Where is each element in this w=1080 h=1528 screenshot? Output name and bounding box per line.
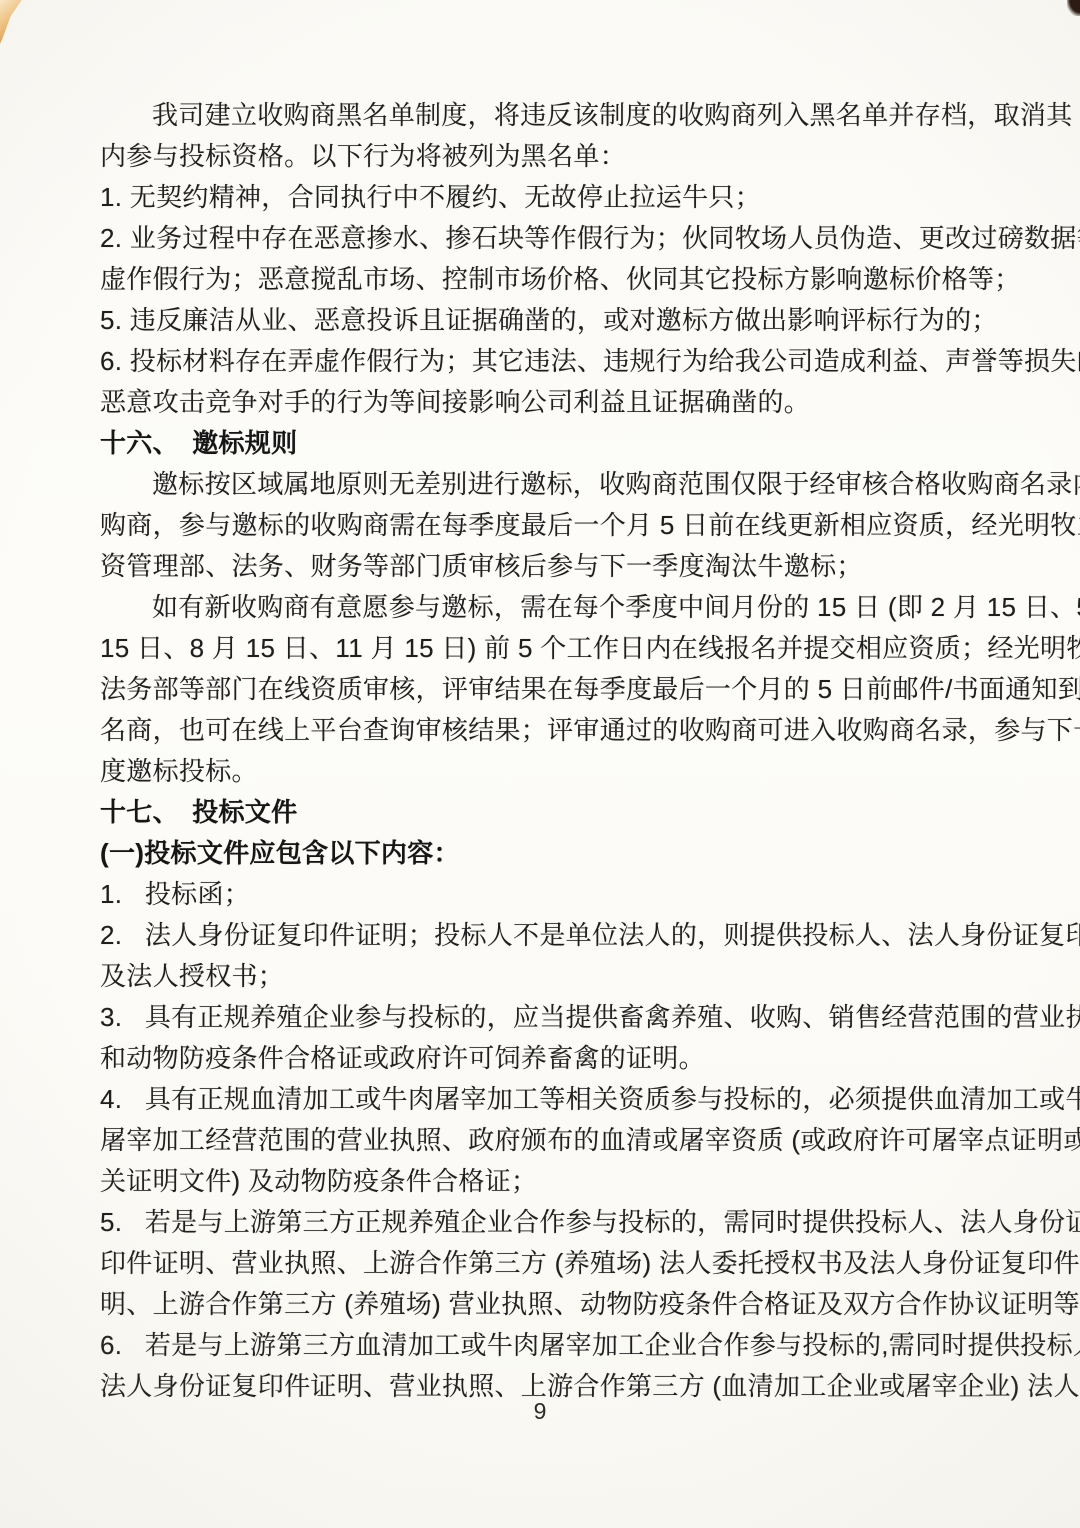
section-heading: 十六、 邀标规则 — [100, 423, 984, 464]
text-line: 屠宰加工经营范围的营业执照、政府颁布的血清或屠宰资质 (或政府许可屠宰点证明或相 — [100, 1120, 984, 1161]
paper-curl-artifact — [0, 0, 26, 52]
text-line: 1. 投标函； — [100, 874, 984, 915]
text-line: 购商，参与邀标的收购商需在每季度最后一个月 5 日前在线更新相应资质，经光明牧业… — [100, 505, 984, 546]
paragraph: 如有新收购商有意愿参与邀标，需在每个季度中间月份的 15 日 (即 2 月 15… — [100, 587, 984, 792]
page-number: 9 — [0, 1396, 1080, 1426]
text-line: 5. 若是与上游第三方正规养殖企业合作参与投标的，需同时提供投标人、法人身份证复 — [100, 1202, 984, 1243]
text-line: 和动物防疫条件合格证或政府许可饲养畜禽的证明。 — [100, 1038, 984, 1079]
paragraph: 3. 具有正规养殖企业参与投标的，应当提供畜禽养殖、收购、销售经营范围的营业执照… — [100, 997, 984, 1079]
text-line: 恶意攻击竞争对手的行为等间接影响公司利益且证据确凿的。 — [100, 382, 984, 423]
text-line: 6. 若是与上游第三方血清加工或牛肉屠宰加工企业合作参与投标的,需同时提供投标人… — [100, 1325, 984, 1366]
text-line: 如有新收购商有意愿参与邀标，需在每个季度中间月份的 15 日 (即 2 月 15… — [100, 587, 984, 628]
text-line: 印件证明、营业执照、上游合作第三方 (养殖场) 法人委托授权书及法人身份证复印件… — [100, 1243, 984, 1284]
paragraph: 6. 投标材料存在弄虚作假行为；其它违法、违规行为给我公司造成利益、声誉等损失的… — [100, 341, 984, 423]
paragraph: 2. 法人身份证复印件证明；投标人不是单位法人的，则提供投标人、法人身份证复印件… — [100, 915, 984, 997]
scan-dark-mark — [1067, 0, 1080, 16]
paragraph: 6. 若是与上游第三方血清加工或牛肉屠宰加工企业合作参与投标的,需同时提供投标人… — [100, 1325, 984, 1407]
text-line: 5. 违反廉洁从业、恶意投诉且证据确凿的，或对邀标方做出影响评标行为的； — [100, 300, 984, 341]
document-body: 我司建立收购商黑名单制度，将违反该制度的收购商列入黑名单并存档，取消其 3 年内… — [100, 95, 984, 1407]
text-line: 6. 投标材料存在弄虚作假行为；其它违法、违规行为给我公司造成利益、声誉等损失的… — [100, 341, 984, 382]
paragraph: 5. 违反廉洁从业、恶意投诉且证据确凿的，或对邀标方做出影响评标行为的； — [100, 300, 984, 341]
text-line: 4. 具有正规血清加工或牛肉屠宰加工等相关资质参与投标的，必须提供血清加工或牛肉 — [100, 1079, 984, 1120]
paragraph: 邀标按区域属地原则无差别进行邀标，收购商范围仅限于经审核合格收购商名录内收购商，… — [100, 464, 984, 587]
text-line: 十七、 投标文件 — [100, 792, 984, 833]
text-line: 法务部等部门在线资质审核，评审结果在每季度最后一个月的 5 日前邮件/书面通知到… — [100, 669, 984, 710]
text-line: 虚作假行为；恶意搅乱市场、控制市场价格、伙同其它投标方影响邀标价格等； — [100, 259, 984, 300]
text-line: 资管理部、法务、财务等部门质审核后参与下一季度淘汰牛邀标； — [100, 546, 984, 587]
text-line: 关证明文件) 及动物防疫条件合格证； — [100, 1161, 984, 1202]
section-heading: 十七、 投标文件 — [100, 792, 984, 833]
text-line: 3. 具有正规养殖企业参与投标的，应当提供畜禽养殖、收购、销售经营范围的营业执照 — [100, 997, 984, 1038]
text-line: 内参与投标资格。以下行为将被列为黑名单： — [100, 136, 984, 177]
text-line: 名商，也可在线上平台查询审核结果；评审通过的收购商可进入收购商名录，参与下一季 — [100, 710, 984, 751]
text-line: 2. 法人身份证复印件证明；投标人不是单位法人的，则提供投标人、法人身份证复印件 — [100, 915, 984, 956]
paragraph: 4. 具有正规血清加工或牛肉屠宰加工等相关资质参与投标的，必须提供血清加工或牛肉… — [100, 1079, 984, 1202]
text-line: (一)投标文件应包含以下内容： — [100, 833, 984, 874]
text-line: 我司建立收购商黑名单制度，将违反该制度的收购商列入黑名单并存档，取消其 3 年 — [100, 95, 984, 136]
text-line: 度邀标投标。 — [100, 751, 984, 792]
sub-heading: (一)投标文件应包含以下内容： — [100, 833, 984, 874]
paragraph: 5. 若是与上游第三方正规养殖企业合作参与投标的，需同时提供投标人、法人身份证复… — [100, 1202, 984, 1325]
paragraph: 1. 投标函； — [100, 874, 984, 915]
text-line: 及法人授权书； — [100, 956, 984, 997]
text-line: 十六、 邀标规则 — [100, 423, 984, 464]
text-line: 明、上游合作第三方 (养殖场) 营业执照、动物防疫条件合格证及双方合作协议证明等… — [100, 1284, 984, 1325]
text-line: 2. 业务过程中存在恶意掺水、掺石块等作假行为；伙同牧场人员伪造、更改过磅数据等… — [100, 218, 984, 259]
text-line: 15 日、8 月 15 日、11 月 15 日) 前 5 个工作日内在线报名并提… — [100, 628, 984, 669]
text-line: 邀标按区域属地原则无差别进行邀标，收购商范围仅限于经审核合格收购商名录内收 — [100, 464, 984, 505]
text-line: 1. 无契约精神，合同执行中不履约、无故停止拉运牛只； — [100, 177, 984, 218]
paragraph: 2. 业务过程中存在恶意掺水、掺石块等作假行为；伙同牧场人员伪造、更改过磅数据等… — [100, 218, 984, 300]
paragraph: 1. 无契约精神，合同执行中不履约、无故停止拉运牛只； — [100, 177, 984, 218]
paragraph: 我司建立收购商黑名单制度，将违反该制度的收购商列入黑名单并存档，取消其 3 年内… — [100, 95, 984, 177]
